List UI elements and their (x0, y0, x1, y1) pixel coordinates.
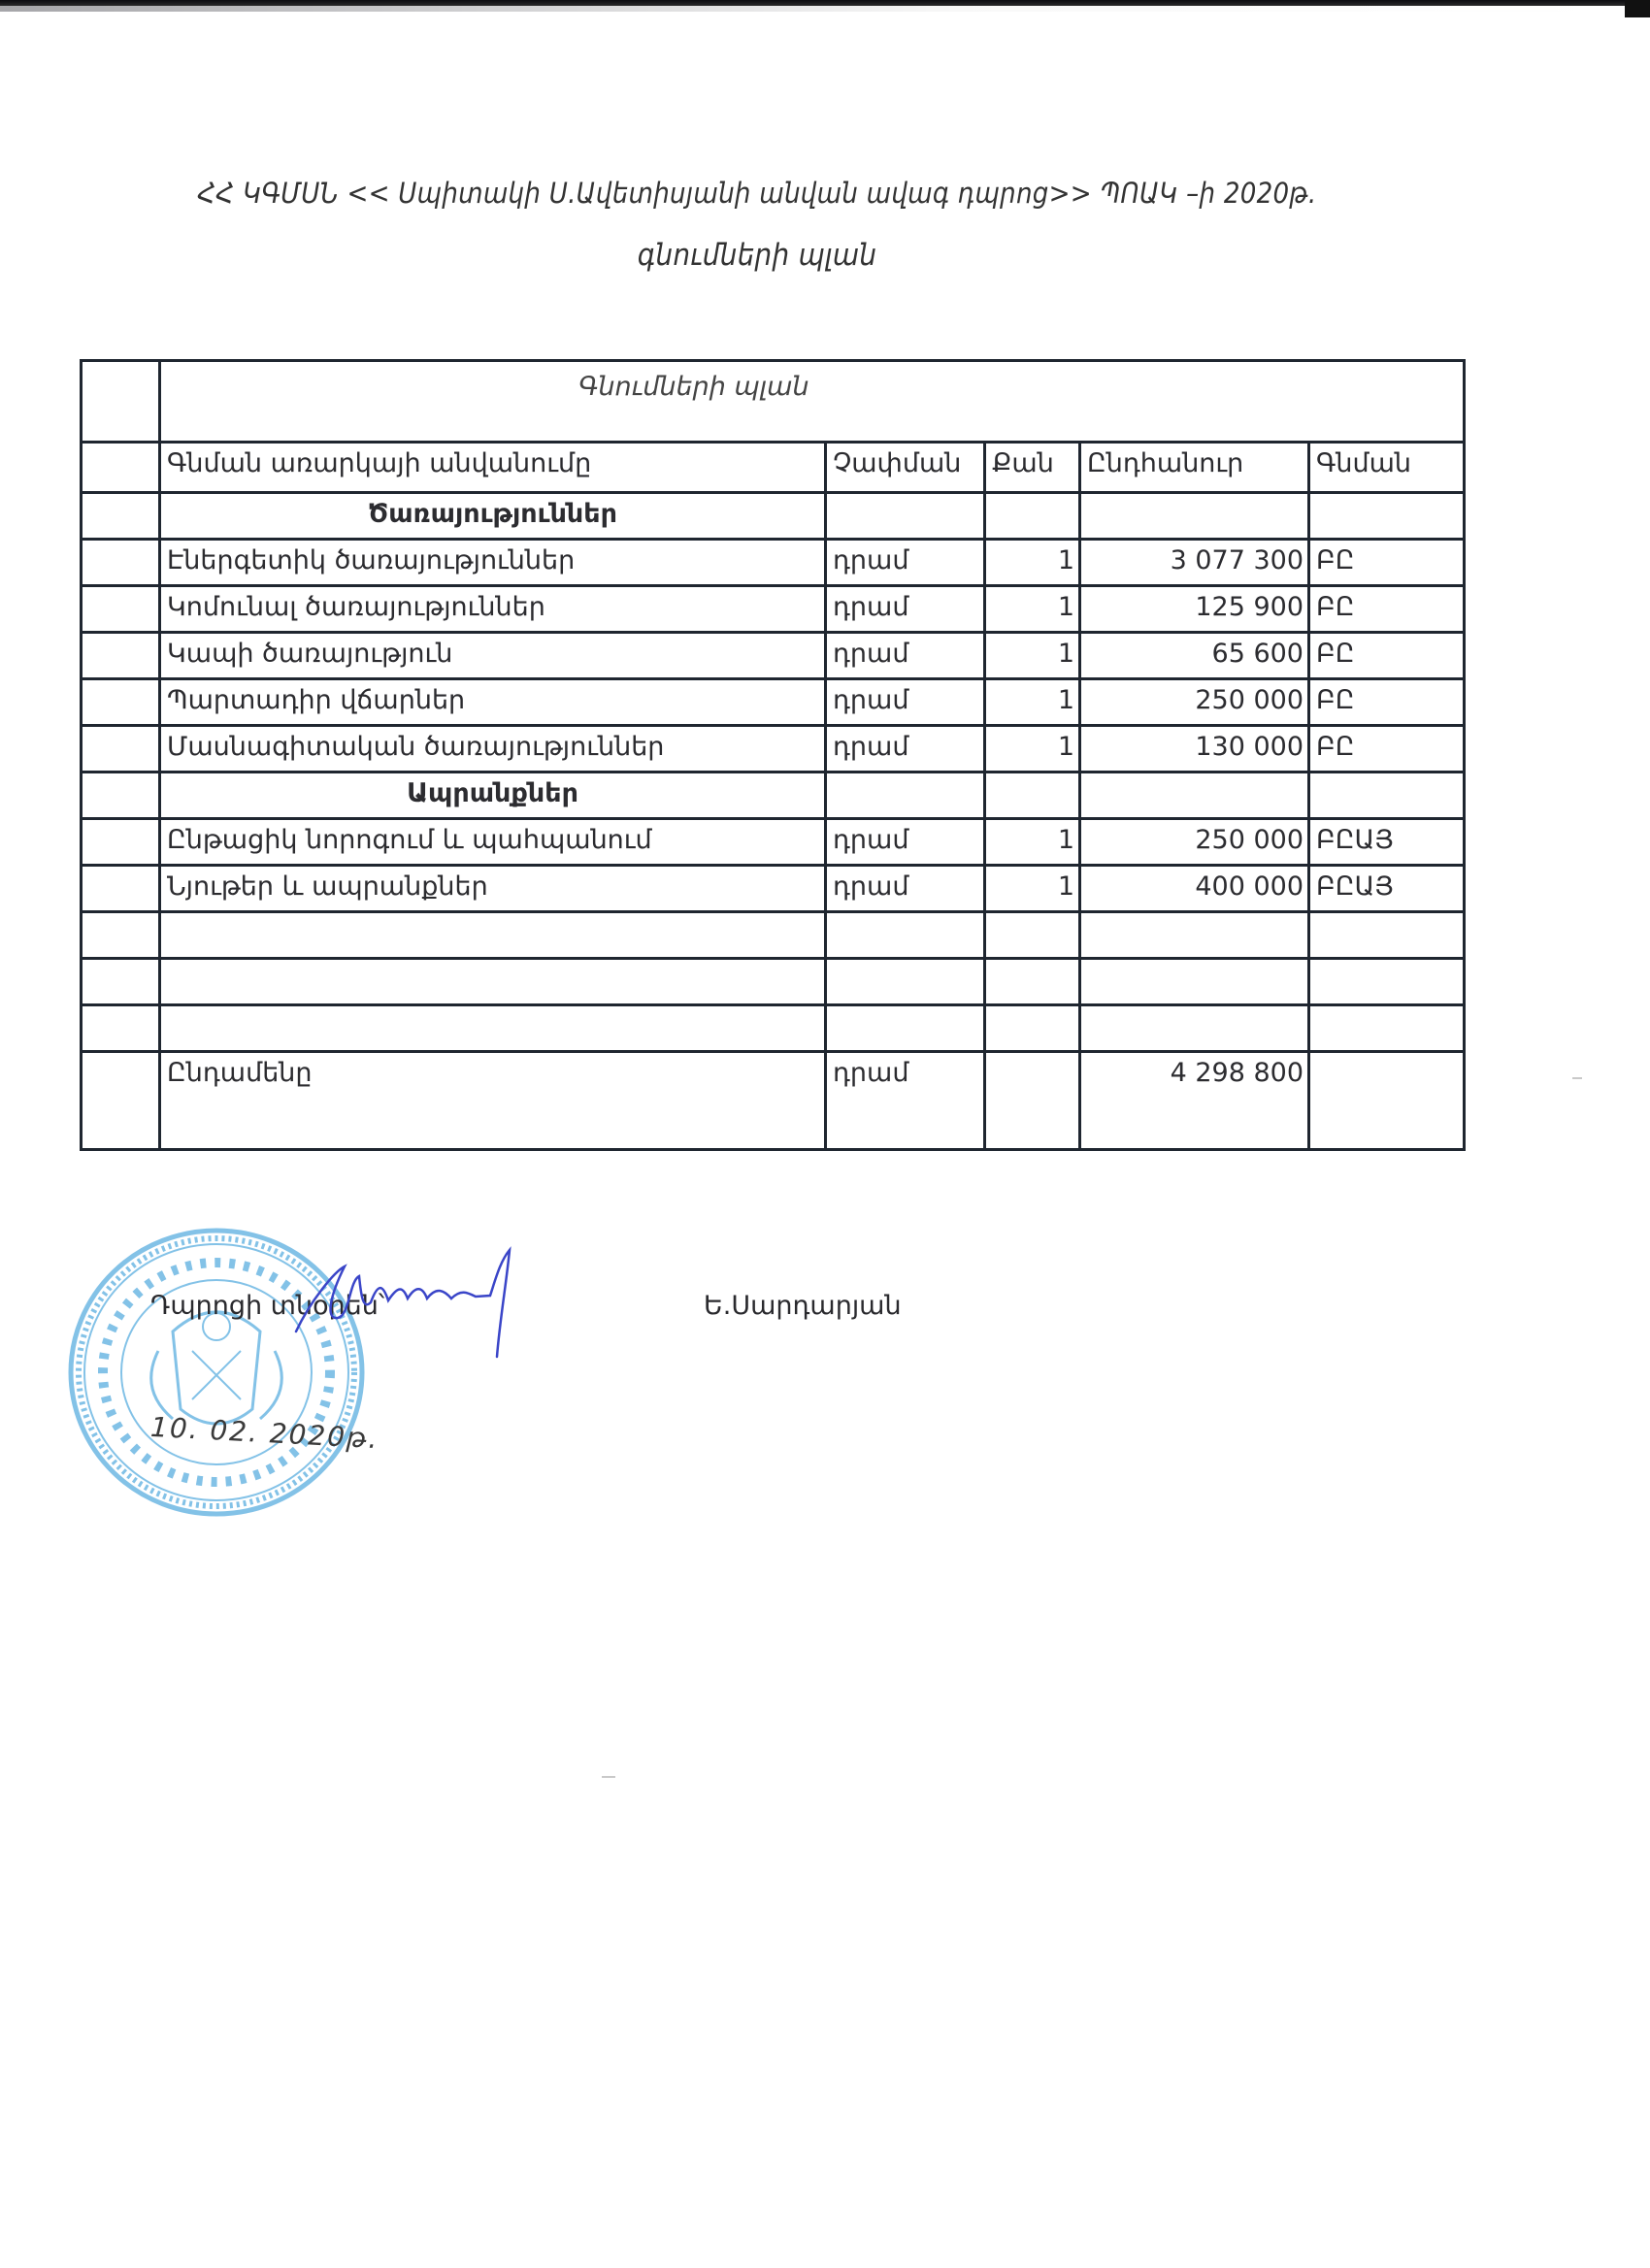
index-cell (82, 541, 158, 584)
empty-row (82, 913, 1463, 960)
empty-row (82, 1006, 1463, 1053)
total-cell: 250 000 (1078, 680, 1307, 724)
total-cell: 65 600 (1078, 634, 1307, 677)
table-row: Էներգետիկ ծառայություններդրամ13 077 300Բ… (82, 541, 1463, 587)
qty-cell: 1 (983, 680, 1078, 724)
method-cell: ԲԸ (1307, 541, 1463, 584)
signature-block: Դպրոցի տնօրեն՝ Ե.Սարդարյան 10. 02. 2020թ… (58, 1213, 932, 1543)
method-cell (1307, 913, 1463, 957)
table-row: Կոմունալ ծառայություններդրամ1125 900ԲԸ (82, 587, 1463, 634)
total-cell: 3 077 300 (1078, 541, 1307, 584)
handwritten-signature-icon (291, 1242, 524, 1359)
scan-edge-shadow (0, 6, 1601, 12)
index-cell (82, 634, 158, 677)
unit-cell: դրամ (824, 1053, 983, 1148)
qty-cell (983, 1006, 1078, 1050)
item-cell: Ընդամենը (158, 1053, 824, 1148)
qty-cell (983, 494, 1078, 538)
total-cell (1078, 773, 1307, 817)
item-cell (158, 960, 824, 1003)
total-cell (1078, 494, 1307, 538)
method-cell (1307, 1053, 1463, 1148)
method-cell (1307, 1006, 1463, 1050)
unit-cell: դրամ (824, 867, 983, 910)
qty-cell: 1 (983, 727, 1078, 771)
qty-cell (983, 960, 1078, 1003)
item-cell: Կապի ծառայություն (158, 634, 824, 677)
unit-cell (824, 913, 983, 957)
column-header-method: Գնման (1307, 444, 1463, 491)
total-cell: 4 298 800 (1078, 1053, 1307, 1148)
item-cell (158, 1006, 824, 1050)
column-header-total: Ընդհանուր (1078, 444, 1307, 491)
item-cell: Ծառայություններ (158, 494, 824, 538)
index-cell (82, 444, 158, 491)
total-cell: 400 000 (1078, 867, 1307, 910)
scan-speck (602, 1776, 615, 1778)
method-cell: ԲԸԱՅ (1307, 820, 1463, 864)
index-cell (82, 867, 158, 910)
unit-cell: դրամ (824, 680, 983, 724)
index-cell (82, 587, 158, 631)
item-cell: Կոմունալ ծառայություններ (158, 587, 824, 631)
summary-row: Ընդամենըդրամ4 298 800 (82, 1053, 1463, 1148)
qty-cell: 1 (983, 820, 1078, 864)
method-cell: ԲԸ (1307, 727, 1463, 771)
index-cell (82, 680, 158, 724)
table-row: Կապի ծառայությունդրամ165 600ԲԸ (82, 634, 1463, 680)
empty-row (82, 960, 1463, 1006)
total-cell (1078, 960, 1307, 1003)
total-cell: 125 900 (1078, 587, 1307, 631)
document-subtitle: գնումների պլան (146, 238, 1369, 273)
signer-name: Ե.Սարդարյան (704, 1291, 902, 1321)
total-cell: 250 000 (1078, 820, 1307, 864)
unit-cell: դրամ (824, 541, 983, 584)
index-cell (82, 820, 158, 864)
index-cell (82, 913, 158, 957)
unit-cell: դրամ (824, 820, 983, 864)
qty-cell (983, 913, 1078, 957)
method-cell: ԲԸ (1307, 634, 1463, 677)
method-cell: ԲԸԱՅ (1307, 867, 1463, 910)
method-cell (1307, 494, 1463, 538)
document-title: ՀՀ ԿԳՄՍՆ << Սպիտակի Ս.Ավետիսյանի անվան ա… (146, 177, 1369, 210)
item-cell: Ապրանքներ (158, 773, 824, 817)
column-header-unit: Չափման (824, 444, 983, 491)
unit-cell: դրամ (824, 727, 983, 771)
index-cell (82, 1053, 158, 1148)
method-cell: ԲԸ (1307, 587, 1463, 631)
unit-cell (824, 960, 983, 1003)
section-header-row: Ծառայություններ (82, 494, 1463, 541)
item-cell: Նյութեր և ապրանքներ (158, 867, 824, 910)
qty-cell (983, 1053, 1078, 1148)
qty-cell: 1 (983, 634, 1078, 677)
procurement-plan-table: Գնումների պլան Գնման առարկայի անվանումը … (80, 359, 1466, 1151)
unit-cell: դրամ (824, 587, 983, 631)
unit-cell (824, 773, 983, 817)
method-cell: ԲԸ (1307, 680, 1463, 724)
qty-cell: 1 (983, 541, 1078, 584)
item-cell: Ընթացիկ նորոգում և պահպանում (158, 820, 824, 864)
table-caption: Գնումների պլան (158, 362, 1463, 441)
index-cell (82, 773, 158, 817)
method-cell (1307, 773, 1463, 817)
table-row: Ընթացիկ նորոգում և պահպանումդրամ1250 000… (82, 820, 1463, 867)
index-cell (82, 494, 158, 538)
section-header-row: Ապրանքներ (82, 773, 1463, 820)
scan-corner (1625, 0, 1650, 17)
unit-cell (824, 1006, 983, 1050)
item-cell (158, 913, 824, 957)
table-header-row: Գնման առարկայի անվանումը Չափման Քան Ընդհ… (82, 444, 1463, 494)
index-cell (82, 362, 158, 441)
index-cell (82, 727, 158, 771)
method-cell (1307, 960, 1463, 1003)
index-cell (82, 960, 158, 1003)
qty-cell: 1 (983, 587, 1078, 631)
unit-cell (824, 494, 983, 538)
scan-speck (1572, 1077, 1582, 1079)
total-cell: 130 000 (1078, 727, 1307, 771)
qty-cell (983, 773, 1078, 817)
index-cell (82, 1006, 158, 1050)
qty-cell: 1 (983, 867, 1078, 910)
column-header-item: Գնման առարկայի անվանումը (158, 444, 824, 491)
unit-cell: դրամ (824, 634, 983, 677)
table-row: Պարտադիր վճարներդրամ1250 000ԲԸ (82, 680, 1463, 727)
total-cell (1078, 913, 1307, 957)
column-header-qty: Քան (983, 444, 1078, 491)
item-cell: Էներգետիկ ծառայություններ (158, 541, 824, 584)
item-cell: Մասնագիտական ծառայություններ (158, 727, 824, 771)
table-row: Նյութեր և ապրանքներդրամ1400 000ԲԸԱՅ (82, 867, 1463, 913)
table-caption-row: Գնումների պլան (82, 362, 1463, 444)
table-row: Մասնագիտական ծառայություններդրամ1130 000… (82, 727, 1463, 773)
total-cell (1078, 1006, 1307, 1050)
item-cell: Պարտադիր վճարներ (158, 680, 824, 724)
